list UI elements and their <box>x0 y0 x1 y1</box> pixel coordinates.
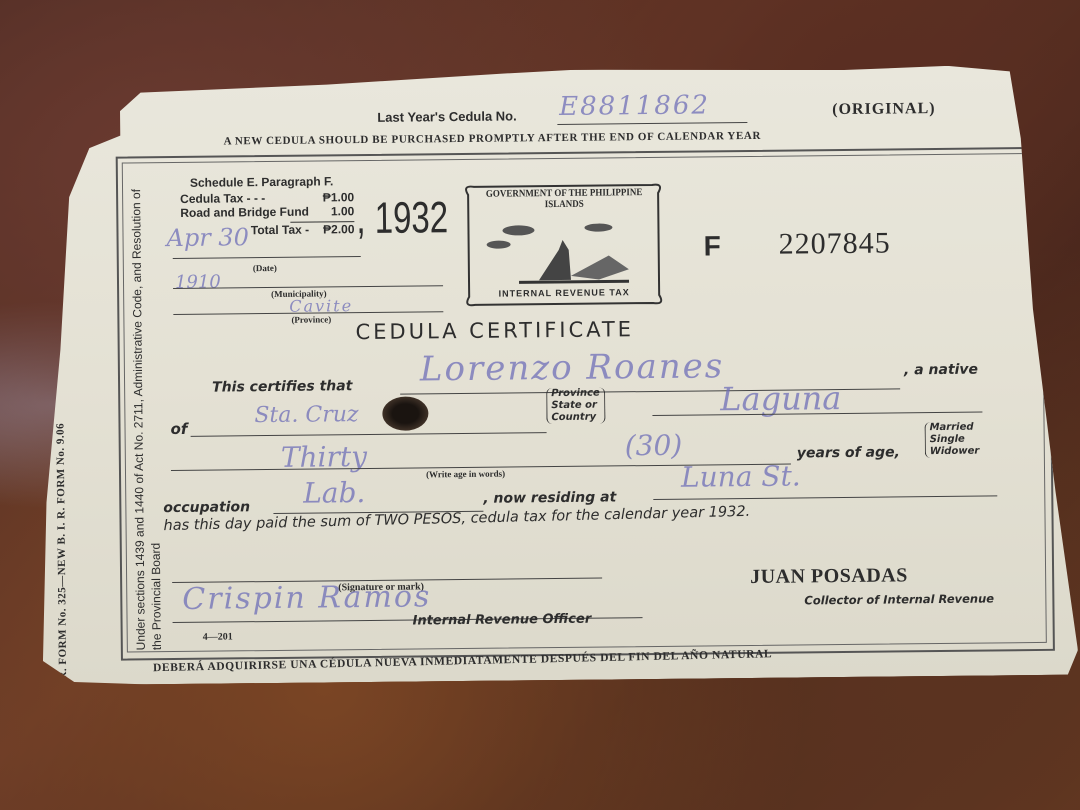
province-label: (Province) <box>291 314 331 324</box>
form-number-text: B. I. R. FORM No. 325—NEW B. I. R. FORM … <box>52 205 69 705</box>
age-hint-label: (Write age in words) <box>426 469 505 480</box>
residence-value: Luna St. <box>681 459 801 493</box>
last-year-cedula-label: Last Year's Cedula No. <box>377 108 517 124</box>
collector-title: Collector of Internal Revenue <box>804 591 994 607</box>
last-year-line <box>557 122 747 125</box>
occupation-value: Lab. <box>303 476 365 510</box>
seal-top-text: GOVERNMENT OF THE PHILIPPINE ISLANDS <box>485 187 644 211</box>
of-label: of <box>170 420 187 438</box>
native-label: , a native <box>904 362 978 379</box>
officer-signature-value: Crispin Ramos <box>182 579 431 617</box>
certifies-label: This certifies that <box>212 378 352 395</box>
municipality-value: 1910 <box>175 272 221 293</box>
province-bracket: Province State or Country <box>546 388 605 425</box>
renewal-notice-en: A NEW CEDULA SHOULD BE PURCHASED PROMPTL… <box>223 130 761 148</box>
cedula-document: Last Year's Cedula No. E8811862 (ORIGINA… <box>37 65 1078 686</box>
birthplace-value: Sta. Cruz <box>254 402 358 428</box>
date-value: Apr 30 <box>166 223 249 252</box>
years-of-age-label: years of age, <box>797 444 900 461</box>
certificate-title: CEDULA CERTIFICATE <box>355 317 634 344</box>
copy-type-label: (ORIGINAL) <box>832 100 936 119</box>
officer-title-label: Internal Revenue Officer <box>412 612 591 629</box>
serial-number: 2207845 <box>778 227 890 262</box>
government-seal: GOVERNMENT OF THE PHILIPPINE ISLANDS INT… <box>458 179 669 311</box>
tax-row-cedula: Cedula Tax - - -₱1.00 <box>180 190 354 206</box>
last-year-cedula-value: E8811862 <box>559 90 710 122</box>
schedule-heading: Schedule E. Paragraph F. <box>190 174 334 190</box>
serial-series-letter: F <box>703 230 720 262</box>
collector-name: JUAN POSADAS <box>750 564 908 589</box>
legal-basis-text: Under sections 1439 and 1440 of Act No. … <box>128 170 167 650</box>
photo-scene: Last Year's Cedula No. E8811862 (ORIGINA… <box>0 0 1080 810</box>
age-number-value: (30) <box>625 429 683 463</box>
residing-label: , now residing at <box>483 489 616 506</box>
print-code: 4—201 <box>203 631 233 642</box>
occupation-label: occupation <box>163 499 250 516</box>
civil-status-bracket: Married Single Widower <box>925 422 980 459</box>
date-label: (Date) <box>253 263 277 273</box>
holder-name-value: Lorenzo Roanes <box>420 346 725 389</box>
certificate-year: , 1932 <box>356 193 448 244</box>
tax-row-road-bridge: Road and Bridge Fund1.00 <box>180 204 354 220</box>
